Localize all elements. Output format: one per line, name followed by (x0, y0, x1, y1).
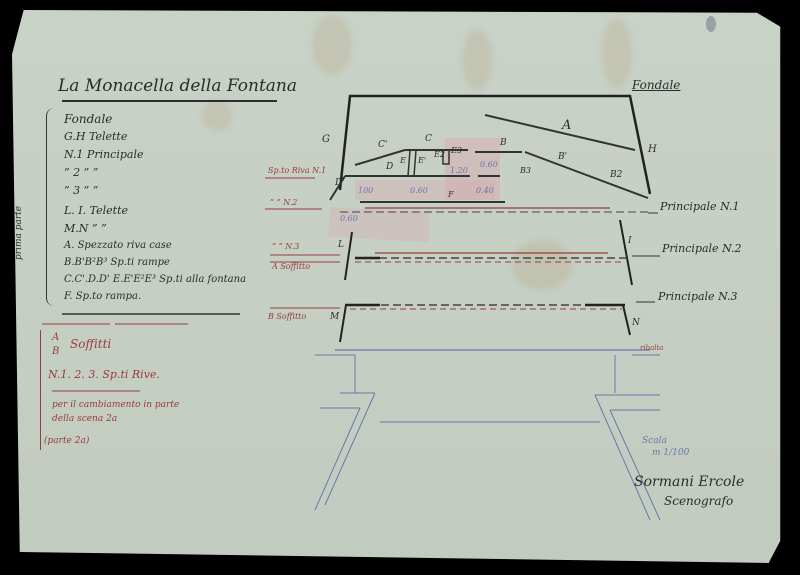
dimension: 0.60 (340, 214, 358, 223)
label-b-soffitto: B Soffitto (268, 312, 306, 321)
label-a-soffitto: A Soffitto (272, 262, 310, 271)
letter-i: I (628, 236, 632, 246)
letter-e: E (400, 156, 406, 165)
letter-c1: C' (378, 140, 387, 150)
letter-n: N (632, 318, 640, 328)
dimension: 1.20 (450, 166, 468, 175)
scale-value: m 1/100 (652, 448, 689, 458)
letter-b3: B3 (520, 166, 531, 175)
label-principale-2: Principale N.2 (662, 242, 741, 255)
letter-d: D (386, 162, 393, 172)
label-principale-3: Principale N.3 (658, 290, 737, 303)
label-n2: ” ” N.2 (270, 198, 297, 207)
dimension: 100 (358, 186, 373, 195)
letter-m: M (330, 312, 339, 322)
signature-role: Scenografo (664, 494, 733, 508)
letter-d1: D' (335, 178, 345, 188)
letter-e1: E' (418, 156, 426, 165)
scale-label: Scala (642, 436, 667, 446)
letter-b1: B' (558, 152, 567, 162)
letter-f: F (448, 190, 454, 199)
label-n3: ” ” N.3 (272, 242, 299, 251)
dimension: 0.60 (480, 160, 498, 169)
label-principale-1: Principale N.1 (660, 200, 739, 213)
label-ribalta: ribalta (640, 344, 663, 352)
fondale-label: Fondale (632, 78, 680, 92)
letter-g: G (322, 134, 330, 145)
letter-b: B (500, 138, 507, 148)
signature-name: Sormani Ercole (634, 474, 744, 490)
letter-b2: B2 (610, 170, 622, 180)
dimension: 0.60 (410, 186, 428, 195)
letter-l: L (338, 240, 344, 250)
letter-c: C (425, 134, 432, 144)
letter-a: A (562, 118, 571, 133)
letter-e3: E3 (451, 146, 462, 155)
dimension: 0.40 (476, 186, 494, 195)
label-riva-n1: Sp.to Riva N.1 (268, 166, 326, 175)
letter-h: H (648, 144, 657, 155)
letter-e2: E2 (434, 150, 445, 159)
